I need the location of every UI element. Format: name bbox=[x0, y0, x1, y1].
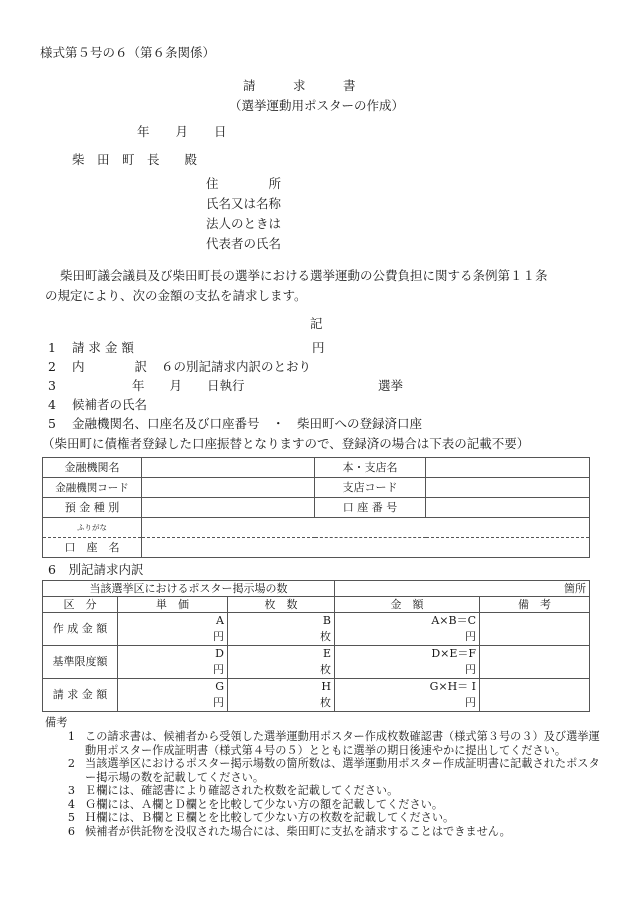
amount-field[interactable]: G×H＝ I円 bbox=[335, 679, 480, 712]
note-item: 4Ｇ欄には、Ａ欄とＤ欄とを比較して少ない方の額を記載してください。 bbox=[45, 798, 605, 812]
note-item: 6候補者が供託物を没収された場合には、柴田町に支払を請求することはできません。 bbox=[45, 825, 605, 839]
bank-note: （柴田町に債権者登録した口座振替となりますので、登録済の場合は下表の記載不要） bbox=[42, 436, 529, 452]
quantity-field[interactable]: H枚 bbox=[228, 679, 335, 712]
amount-field[interactable]: A×B＝C円 bbox=[335, 613, 480, 646]
header-remarks: 備 考 bbox=[480, 597, 590, 613]
account-name-field[interactable] bbox=[142, 538, 590, 558]
row-label: 基準限度額 bbox=[43, 646, 118, 679]
date-line: 年月日 bbox=[127, 124, 227, 140]
poster-sites-label: 当該選挙区におけるポスター掲示場の数 bbox=[43, 581, 335, 597]
breakdown-heading: 6 別記請求内訳 bbox=[48, 562, 143, 578]
notes-heading: 備考 bbox=[45, 716, 67, 730]
row-label: 作 成 金 額 bbox=[43, 613, 118, 646]
header-unit-price: 単 価 bbox=[118, 597, 228, 613]
unit-price-field[interactable]: A円 bbox=[118, 613, 228, 646]
remarks-field[interactable] bbox=[480, 646, 590, 679]
amount-field[interactable]: D×E＝F円 bbox=[335, 646, 480, 679]
furigana-field[interactable] bbox=[142, 518, 590, 538]
quantity-field[interactable]: E枚 bbox=[228, 646, 335, 679]
unit-price-field[interactable]: D円 bbox=[118, 646, 228, 679]
notes-list: 1この請求書は、候補者から受領した選挙運動用ポスター作成枚数確認書（様式第３号の… bbox=[45, 730, 605, 838]
item-bank-info: 5金融機関名、口座名及び口座番号 ・ 柴田町への登録済口座 bbox=[48, 416, 422, 432]
body-text-line-2: の規定により、次の金額の支払を請求します。 bbox=[45, 288, 307, 304]
bank-name-label: 金融機関名 bbox=[43, 458, 142, 478]
addressee: 柴 田 町 長 殿 bbox=[72, 152, 197, 168]
bank-code-label: 金融機関コード bbox=[43, 478, 142, 498]
note-item: 3Ｅ欄には、確認書により確認された枚数を記載してください。 bbox=[45, 784, 605, 798]
bank-code-field[interactable] bbox=[142, 478, 315, 498]
header-quantity: 枚 数 bbox=[228, 597, 335, 613]
bank-name-field[interactable] bbox=[142, 458, 315, 478]
branch-name-label: 本・支店名 bbox=[315, 458, 426, 478]
item-breakdown: 2内 訳６の別記請求内訳のとおり bbox=[48, 359, 311, 375]
header-amount: 金 額 bbox=[335, 597, 480, 613]
deposit-type-label: 預 金 種 別 bbox=[43, 498, 142, 518]
table-row: 基準限度額 D円 E枚 D×E＝F円 bbox=[43, 646, 590, 679]
poster-sites-unit: 箇所 bbox=[564, 582, 586, 595]
header-category: 区 分 bbox=[43, 597, 118, 613]
breakdown-table: 当該選挙区におけるポスター掲示場の数 箇所 区 分 単 価 枚 数 金 額 備 … bbox=[42, 580, 590, 712]
item-claim-amount: 1請 求 金 額 bbox=[48, 340, 134, 356]
poster-sites-field[interactable]: 箇所 bbox=[335, 581, 590, 597]
note-item: 2当該選挙区におけるポスター掲示場数の箇所数は、選挙運動用ポスター作成証明書に記… bbox=[45, 757, 605, 784]
body-text-line-1: 柴田町議会議員及び柴田町長の選挙における選挙運動の公費負担に関する条例第１１条 bbox=[60, 268, 548, 284]
document-title: 請 求 書 bbox=[243, 78, 356, 94]
quantity-field[interactable]: B枚 bbox=[228, 613, 335, 646]
branch-name-field[interactable] bbox=[426, 458, 590, 478]
item-claim-amount-unit: 円 bbox=[312, 340, 325, 356]
remarks-field[interactable] bbox=[480, 613, 590, 646]
furigana-label: ふりがな bbox=[43, 518, 142, 538]
representative-label: 代表者の氏名 bbox=[206, 236, 281, 252]
account-name-label: 口 座 名 bbox=[43, 538, 142, 558]
unit-price-field[interactable]: G円 bbox=[118, 679, 228, 712]
account-number-label: 口 座 番 号 bbox=[315, 498, 426, 518]
corporation-label: 法人のときは bbox=[206, 216, 281, 232]
document-subtitle: （選挙運動用ポスターの作成） bbox=[229, 98, 404, 114]
note-item: 5Ｈ欄には、Ｂ欄とＥ欄とを比較して少ない方の枚数を記載してください。 bbox=[45, 811, 605, 825]
branch-code-label: 支店コード bbox=[315, 478, 426, 498]
name-label: 氏名又は名称 bbox=[206, 196, 281, 212]
table-row: 請 求 金 額 G円 H枚 G×H＝ I円 bbox=[43, 679, 590, 712]
branch-code-field[interactable] bbox=[426, 478, 590, 498]
account-number-field[interactable] bbox=[426, 498, 590, 518]
ki-heading: 記 bbox=[310, 316, 323, 332]
form-id: 様式第５号の６（第６条関係） bbox=[40, 45, 215, 61]
note-item: 1この請求書は、候補者から受領した選挙運動用ポスター作成枚数確認書（様式第３号の… bbox=[45, 730, 605, 757]
item-election-date: 3年 月 日執行 bbox=[48, 378, 244, 394]
deposit-type-field[interactable] bbox=[142, 498, 315, 518]
address-label: 住 所 bbox=[206, 176, 281, 192]
item-election-name: 選挙 bbox=[378, 378, 403, 394]
row-label: 請 求 金 額 bbox=[43, 679, 118, 712]
table-row: 作 成 金 額 A円 B枚 A×B＝C円 bbox=[43, 613, 590, 646]
remarks-field[interactable] bbox=[480, 679, 590, 712]
bank-account-table: 金融機関名 本・支店名 金融機関コード 支店コード 預 金 種 別 口 座 番 … bbox=[42, 457, 590, 558]
item-candidate-name: 4候補者の氏名 bbox=[48, 397, 147, 413]
